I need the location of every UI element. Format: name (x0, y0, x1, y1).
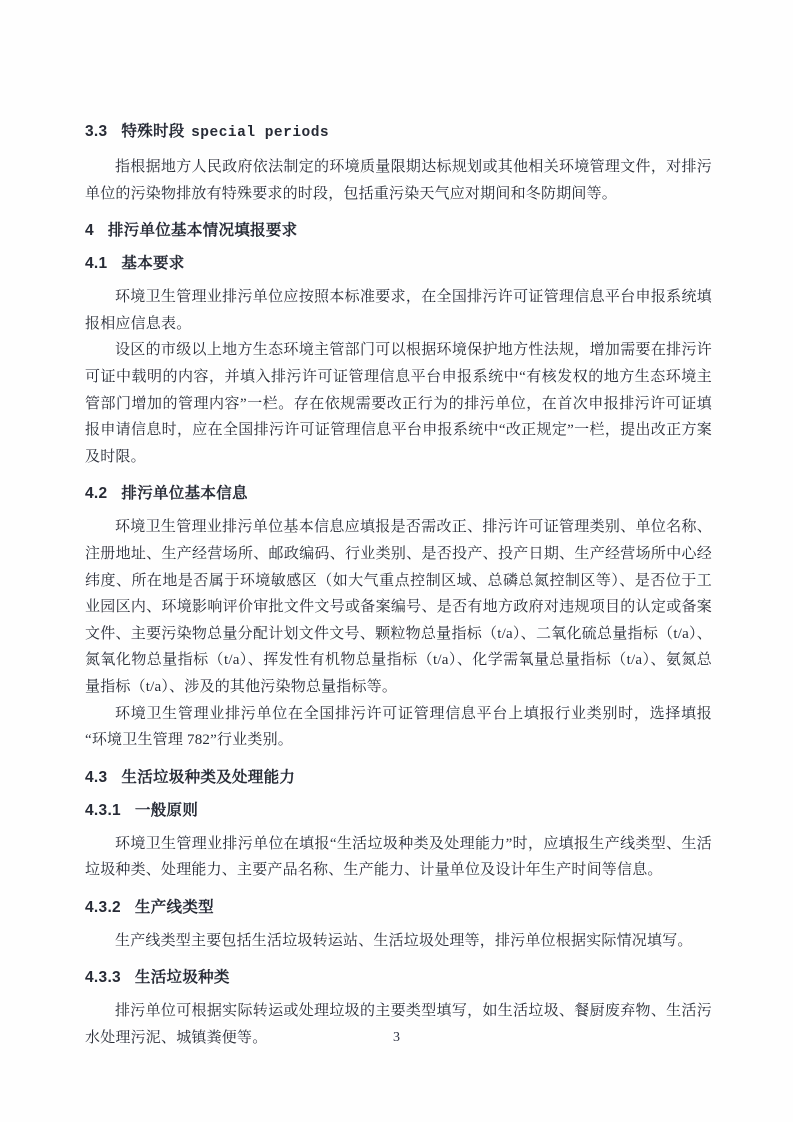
heading-number: 4.2 (85, 485, 107, 502)
paragraph-industry-category: 环境卫生管理业排污单位在全国排污许可证管理信息平台上填报行业类别时，选择填报“环… (85, 701, 712, 754)
paragraph-basic-requirement-1: 环境卫生管理业排污单位应按照本标准要求，在全国排污许可证管理信息平台申报系统填报… (85, 284, 712, 337)
heading-3-3: 3.3特殊时段special periods (85, 122, 712, 143)
heading-title: 基本要求 (121, 255, 184, 272)
heading-4-3-3: 4.3.3生活垃圾种类 (85, 968, 712, 987)
page-number: 3 (0, 1030, 793, 1046)
paragraph-general-principle: 环境卫生管理业排污单位在填报“生活垃圾种类及处理能力”时，应填报生产线类型、生活… (85, 831, 712, 884)
heading-number: 4.3.1 (85, 802, 121, 819)
paragraph-basic-info-list: 环境卫生管理业排污单位基本信息应填报是否需改正、排污许可证管理类别、单位名称、注… (85, 514, 712, 700)
heading-4-2: 4.2排污单位基本信息 (85, 484, 712, 503)
heading-4-3: 4.3生活垃圾种类及处理能力 (85, 768, 712, 787)
paragraph-basic-requirement-2: 设区的市级以上地方生态环境主管部门可以根据环境保护地方性法规，增加需要在排污许可… (85, 337, 712, 470)
heading-title: 排污单位基本情况填报要求 (108, 222, 298, 239)
document-page: 3.3特殊时段special periods 指根据地方人民政府依法制定的环境质… (0, 0, 793, 1122)
heading-title-english: special periods (191, 125, 329, 141)
heading-title: 排污单位基本信息 (121, 485, 247, 502)
heading-title: 生活垃圾种类及处理能力 (121, 769, 295, 786)
heading-4-3-1: 4.3.1一般原则 (85, 801, 712, 820)
heading-number: 4.1 (85, 255, 107, 272)
heading-title: 特殊时段 (121, 123, 184, 140)
paragraph-production-line-type: 生产线类型主要包括生活垃圾转运站、生活垃圾处理等，排污单位根据实际情况填写。 (85, 928, 712, 955)
heading-number: 4.3 (85, 769, 107, 786)
heading-title: 生活垃圾种类 (135, 969, 230, 986)
heading-4-1: 4.1基本要求 (85, 254, 712, 273)
heading-4: 4排污单位基本情况填报要求 (85, 221, 712, 240)
page-content: 3.3特殊时段special periods 指根据地方人民政府依法制定的环境质… (85, 120, 712, 1052)
heading-title: 一般原则 (135, 802, 198, 819)
heading-number: 4 (85, 222, 94, 239)
heading-4-3-2: 4.3.2生产线类型 (85, 898, 712, 917)
paragraph-special-periods-definition: 指根据地方人民政府依法制定的环境质量限期达标规划或其他相关环境管理文件，对排污单… (85, 154, 712, 207)
heading-number: 4.3.2 (85, 899, 121, 916)
heading-number: 4.3.3 (85, 969, 121, 986)
heading-title: 生产线类型 (135, 899, 214, 916)
heading-number: 3.3 (85, 123, 107, 140)
